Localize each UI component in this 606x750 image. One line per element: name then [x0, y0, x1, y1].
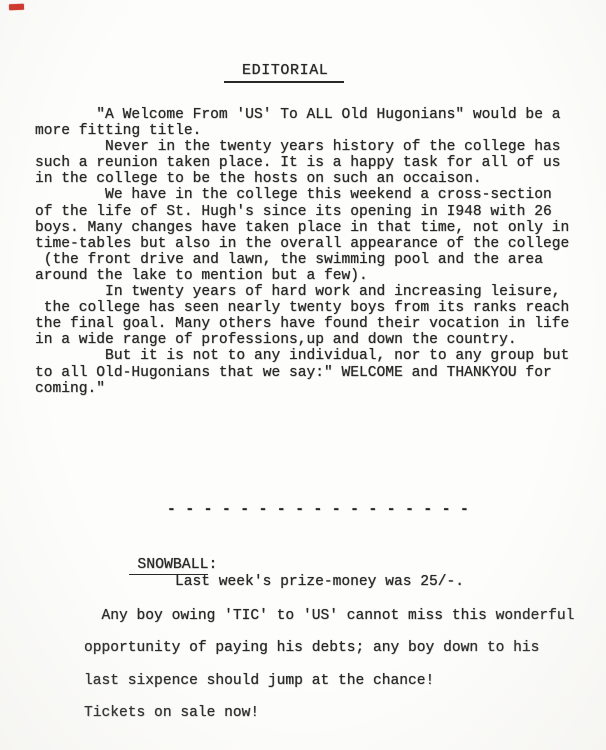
scanned-document-page: EDITORIAL "A Welcome From 'US' To ALL Ol… — [0, 0, 606, 750]
typed-line: Tickets on sale now! — [84, 697, 574, 729]
typed-line: "A Welcome From 'US' To ALL Old Hugonian… — [35, 107, 569, 123]
editorial-title: EDITORIAL — [224, 62, 344, 83]
typed-line: Any boy owing 'TIC' to 'US' cannot miss … — [84, 600, 574, 632]
typed-line: of the life of St. Hugh's since its open… — [35, 204, 569, 220]
typed-line: We have in the college this weekend a cr… — [35, 187, 569, 203]
red-pen-mark — [9, 4, 24, 11]
typed-line: coming." — [35, 381, 569, 397]
typed-line: more fitting title. — [35, 123, 569, 139]
typed-line: the final goal. Many others have found t… — [35, 316, 569, 332]
typed-line: to all Old-Hugonians that we say:" WELCO… — [35, 365, 569, 381]
typed-line: But it is not to any individual, nor to … — [35, 348, 569, 364]
snowball-heading-colon: : — [208, 557, 217, 573]
typed-line: boys. Many changes have taken place in t… — [35, 220, 569, 236]
typed-line: time-tables but also in the overall appe… — [35, 236, 569, 252]
typed-line: around the lake to mention but a few). — [35, 268, 569, 284]
typed-line: such a reunion taken place. It is a happ… — [35, 155, 569, 171]
typed-line: in the college to be the hosts on such a… — [35, 171, 569, 187]
typed-line: in a wide range of professions,up and do… — [35, 332, 569, 348]
snowball-body: Any boy owing 'TIC' to 'US' cannot miss … — [84, 600, 574, 730]
typed-line: In twenty years of hard work and increas… — [35, 284, 569, 300]
typed-line: the college has seen nearly twenty boys … — [35, 300, 569, 316]
snowball-prize-line: Last week's prize-money was 25/-. — [175, 574, 464, 590]
editorial-title-text: EDITORIAL — [224, 62, 344, 83]
dashed-separator: - - - - - - - - - - - - - - - - - — [167, 502, 469, 518]
typed-line: Never in the twenty years history of the… — [35, 139, 569, 155]
snowball-heading-text: SNOWBALL — [129, 557, 209, 575]
typed-line: last sixpence should jump at the chance! — [84, 665, 574, 697]
typed-line: (the front drive and lawn, the swimming … — [35, 252, 569, 268]
typed-line: opportunity of paying his debts; any boy… — [84, 632, 574, 664]
editorial-body: "A Welcome From 'US' To ALL Old Hugonian… — [35, 107, 569, 397]
